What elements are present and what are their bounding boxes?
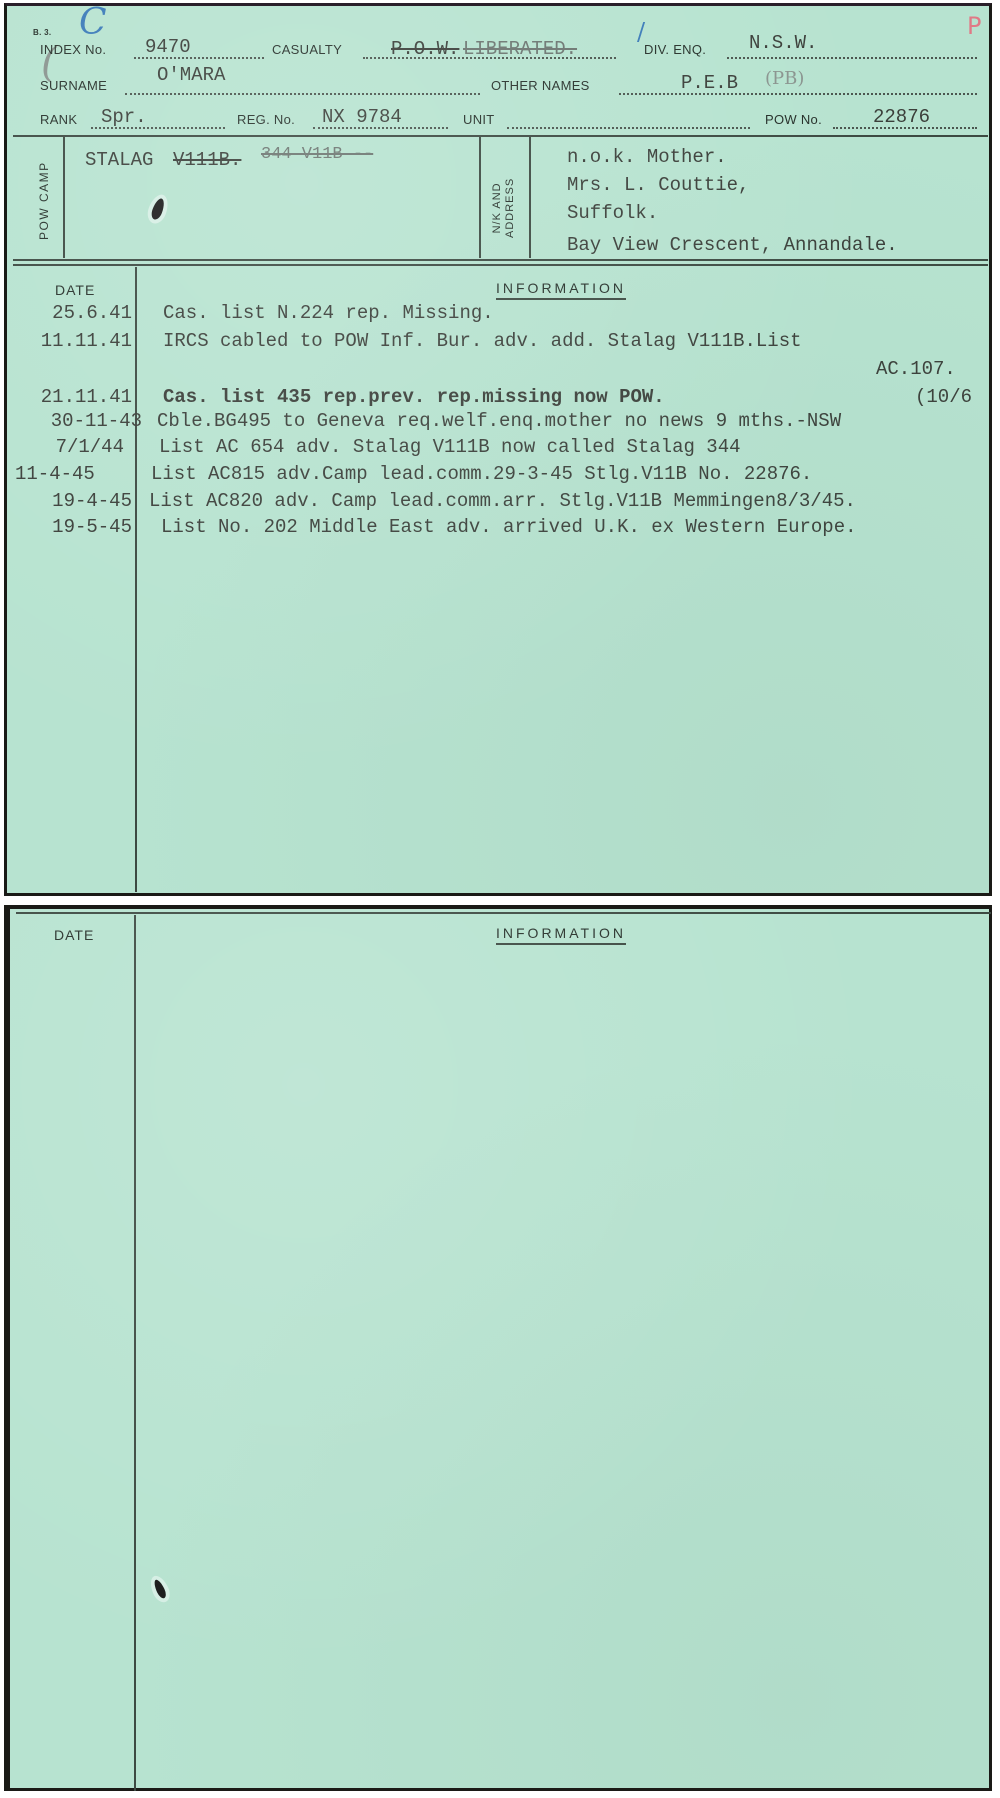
- row-info: Cble.BG495 to Geneva req.welf.enq.mother…: [157, 410, 841, 432]
- row-date: 7/1/44: [0, 436, 124, 458]
- row-info: Cas. list 435 rep.prev. rep.missing now …: [163, 386, 665, 408]
- back-date-column-divider: [134, 915, 136, 1791]
- row-info: List AC 654 adv. Stalag V111B now called…: [159, 436, 741, 458]
- row-info: Cas. list N.224 rep. Missing.: [163, 302, 494, 324]
- back-information-header: INFORMATION: [496, 925, 626, 945]
- row-info: List AC820 adv. Camp lead.comm.arr. Stlg…: [149, 490, 856, 512]
- back-punch-hole-mark: [152, 1578, 168, 1600]
- row-info: List No. 202 Middle East adv. arrived U.…: [161, 516, 857, 538]
- back-top-line: [16, 912, 991, 914]
- row-date: 11.11.41: [7, 330, 132, 352]
- row-note-right: (10/6: [915, 386, 972, 408]
- row-info: List AC815 adv.Camp lead.comm.29-3-45 St…: [151, 463, 812, 485]
- row-date: 21.11.41: [7, 386, 132, 408]
- row-info-continuation: AC.107.: [876, 358, 956, 380]
- row-date: 19-4-45: [7, 490, 132, 512]
- row-date: 25.6.41: [7, 302, 132, 324]
- row-info: IRCS cabled to POW Inf. Bur. adv. add. S…: [163, 330, 802, 352]
- back-date-header: DATE: [54, 927, 94, 943]
- row-date: 19-5-45: [7, 516, 132, 538]
- row-date: 11-4-45: [15, 463, 140, 485]
- row-date: 30-11-43: [17, 410, 142, 432]
- information-table: 25.6.41 Cas. list N.224 rep. Missing. 11…: [7, 6, 989, 893]
- record-card-front: B. 3. C ( P / INDEX No. 9470 CASUALTY P.…: [4, 3, 992, 896]
- record-card-back: DATE INFORMATION: [4, 905, 992, 1791]
